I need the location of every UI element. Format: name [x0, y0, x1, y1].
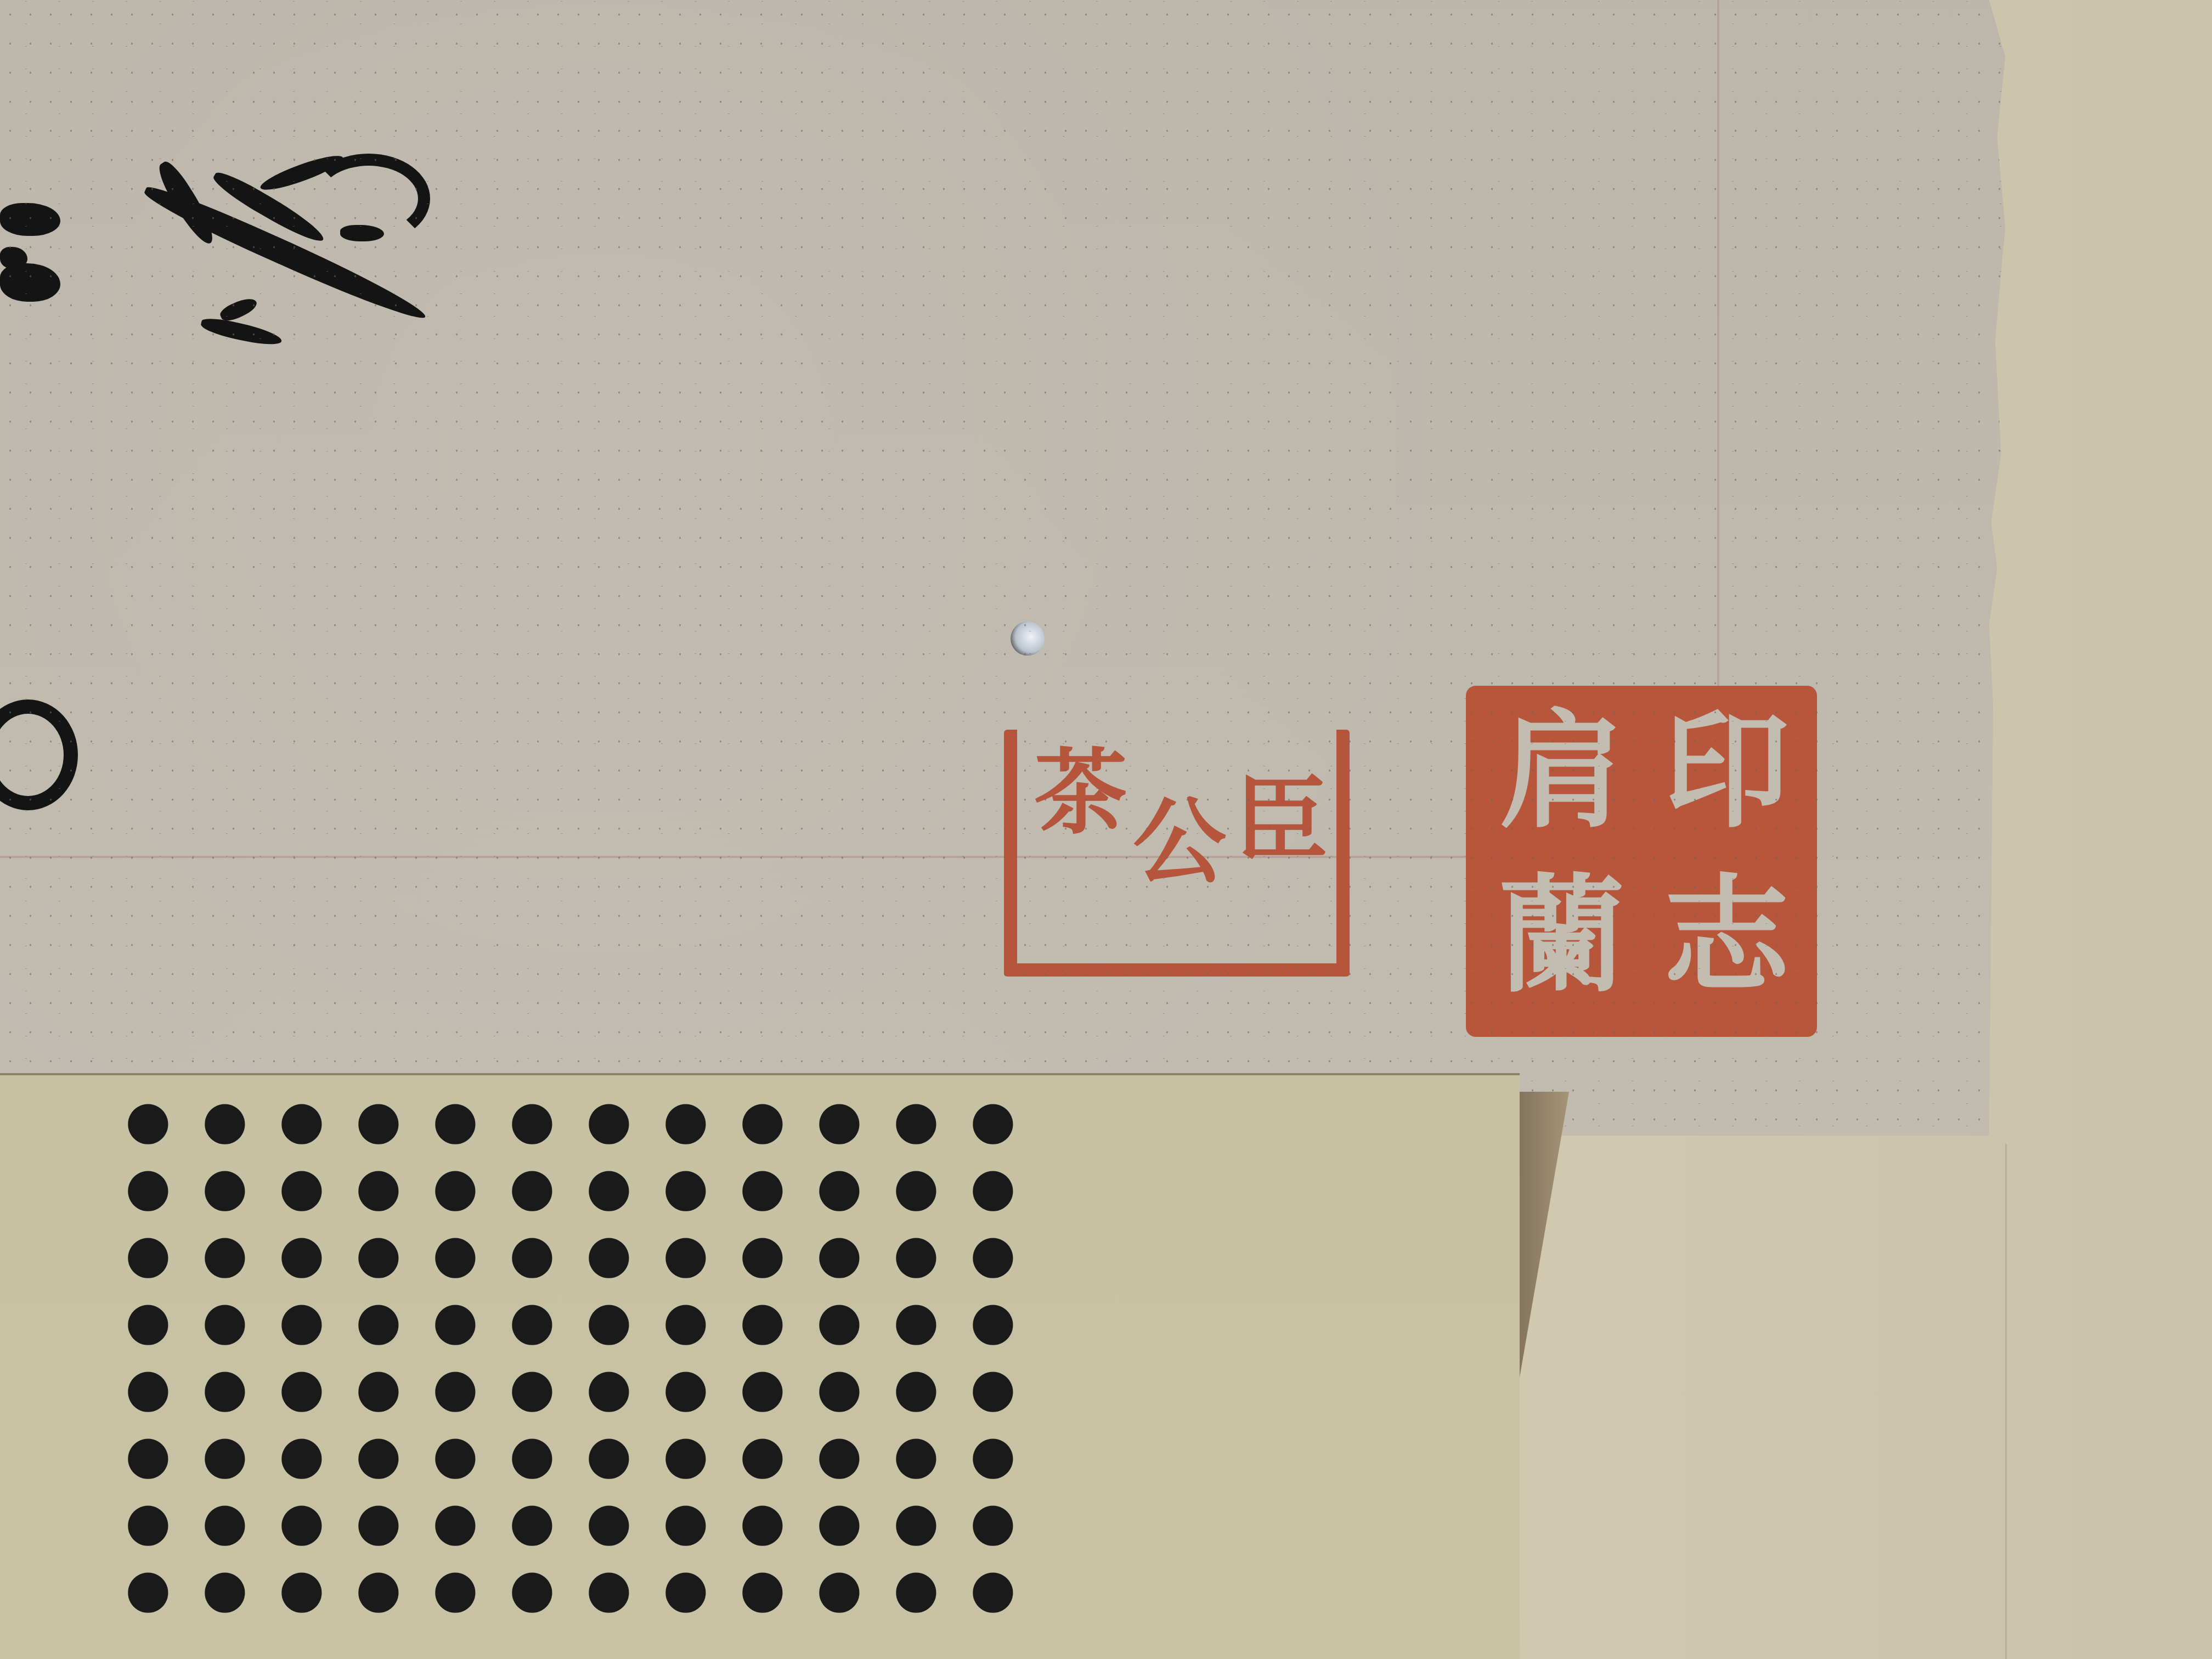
seal-glyph: 茶 — [1034, 746, 1127, 839]
seal-right: 印 肩 志 蘭 — [1466, 686, 1817, 1037]
seal-glyph: 志 — [1663, 872, 1790, 998]
label-column: ●●●●●●●● — [499, 1086, 565, 1622]
fold-crease — [1717, 0, 1719, 702]
seal-left: 茶 公 臣 — [1004, 730, 1350, 977]
label-column: ●●●●●●●● — [192, 1086, 258, 1622]
seal-glyph: 臣 — [1234, 774, 1328, 867]
label-column: ●●●●●●●● — [883, 1086, 949, 1622]
seal-glyph: 印 — [1663, 708, 1790, 834]
label-column: ●●●●●●●● — [576, 1086, 642, 1622]
label-column: ●●●●●●●● — [730, 1086, 795, 1622]
calligraphy-paper: 茶 公 臣 印 肩 志 蘭 — [0, 0, 2005, 1136]
label-column: ●●●●●●●● — [115, 1086, 181, 1622]
pin-hole — [1011, 622, 1045, 656]
pasted-label: ●●●●●●●● ●●●●●●●● ●●●●●●●● ●●●●●●●● ●●●●… — [0, 1075, 1520, 1659]
label-column: ●●●●●●●● — [346, 1086, 411, 1622]
label-column: ●●●●●●●● — [806, 1086, 872, 1622]
seal-glyph: 肩 — [1499, 708, 1625, 834]
label-column: ●●●●●●●● — [269, 1086, 335, 1622]
label-column: ●●●●●●●● — [653, 1086, 719, 1622]
seal-glyph: 蘭 — [1499, 872, 1625, 998]
label-column: ●●●●●●●● — [960, 1086, 1026, 1622]
fold-crease — [0, 856, 1701, 858]
mount-seam — [2005, 1144, 2007, 1659]
label-column: ●●●●●●●● — [422, 1086, 488, 1622]
seal-glyph: 公 — [1133, 795, 1226, 889]
